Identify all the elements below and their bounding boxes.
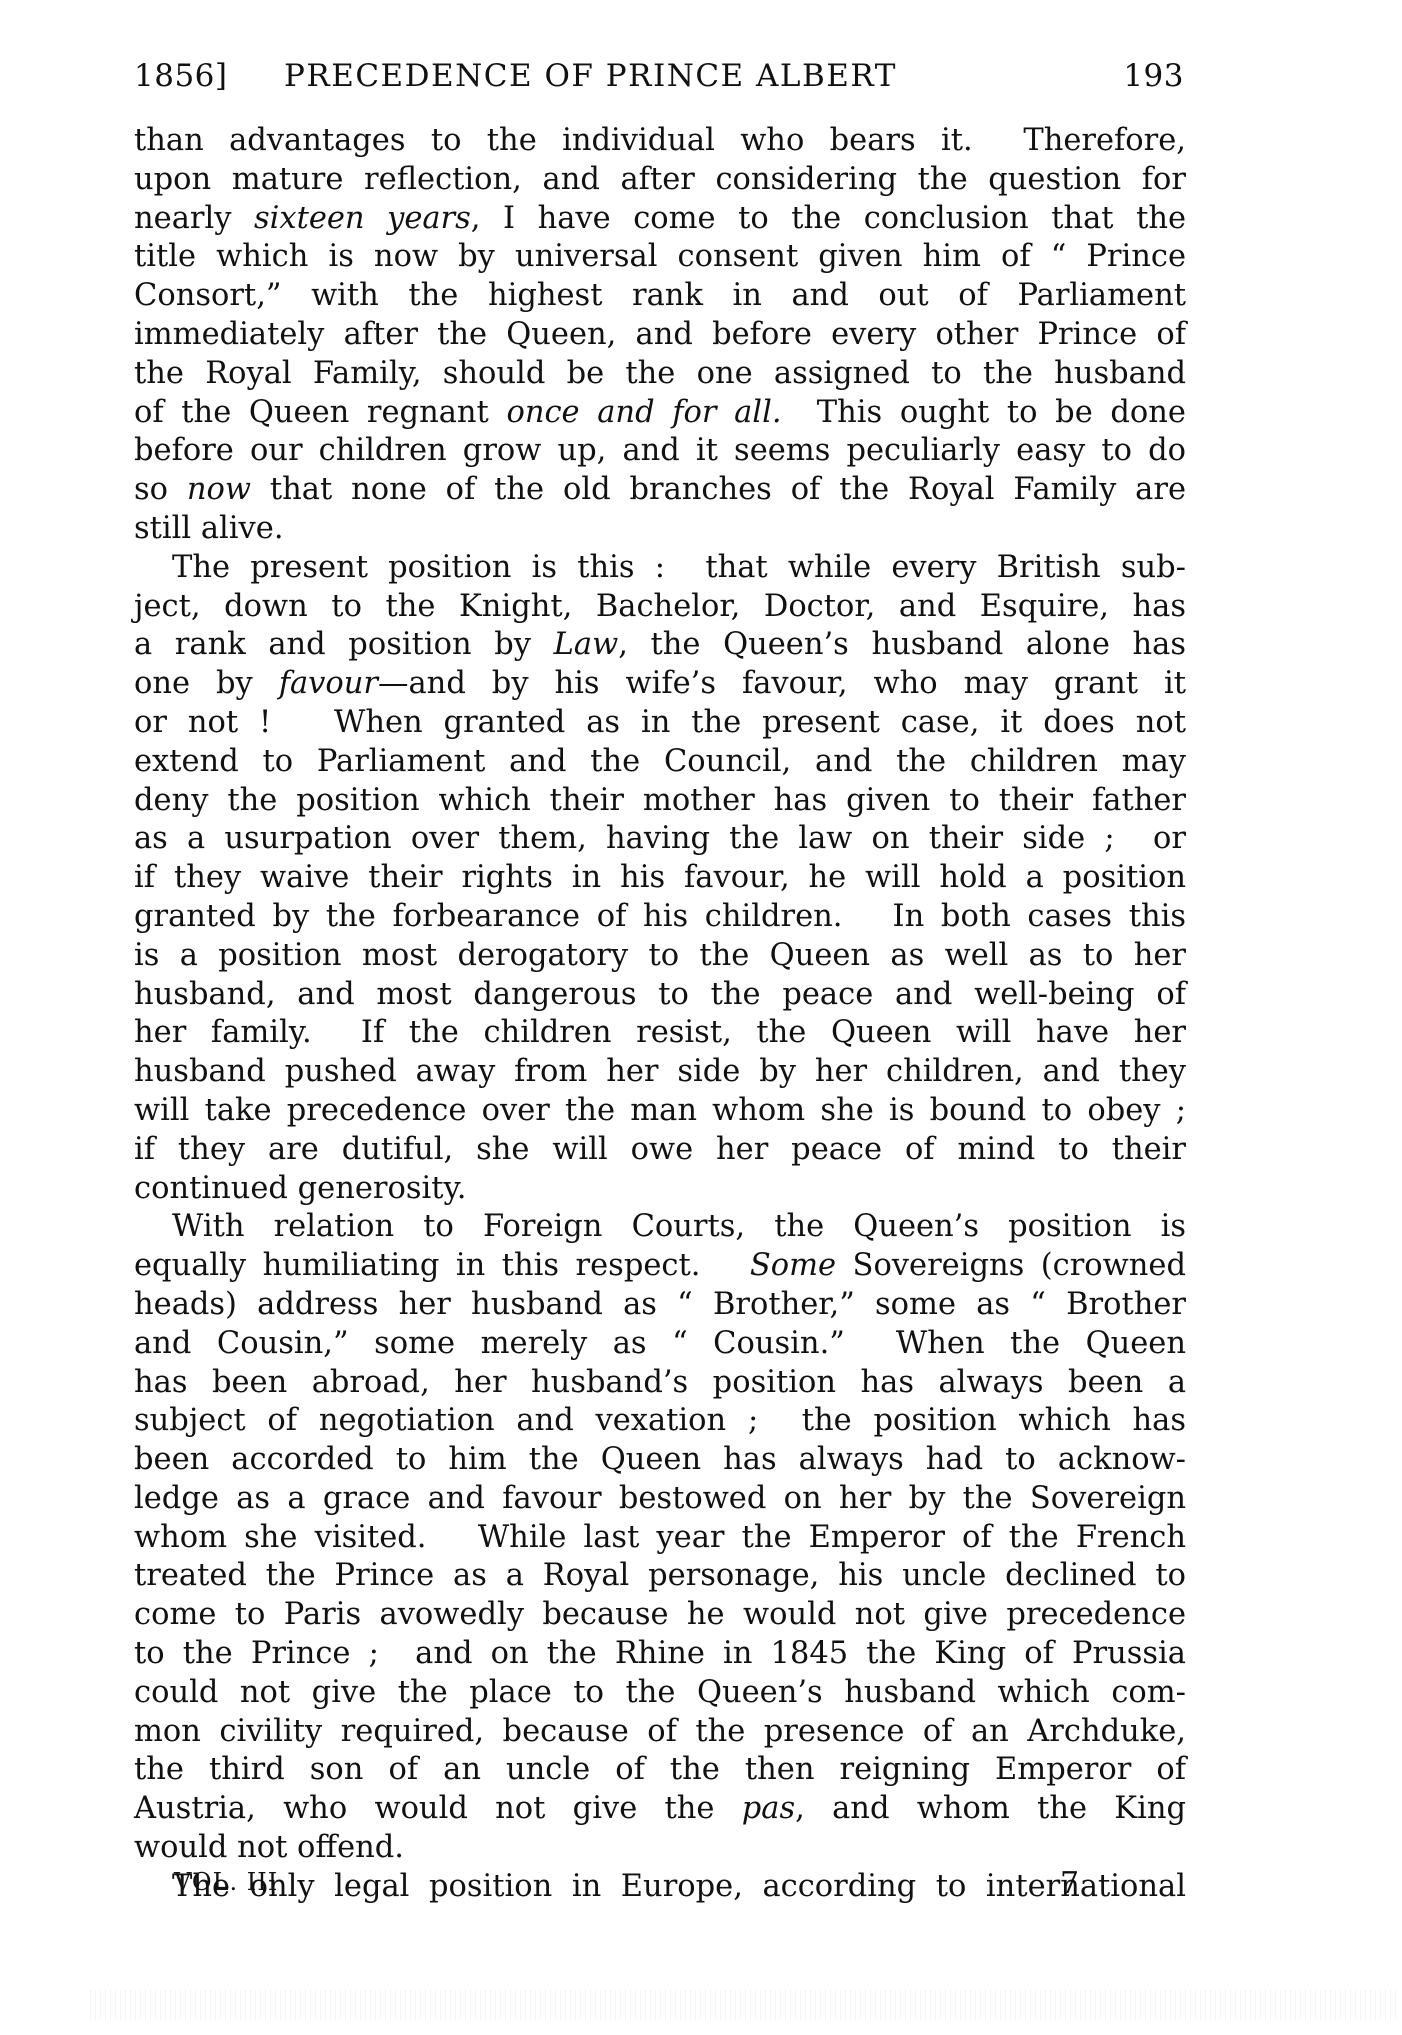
text-line: still alive. (134, 510, 1186, 549)
text-segment: —and by his wife’s favour, who may grant… (378, 666, 1186, 701)
text-line: the third son of an uncle of the then re… (134, 1751, 1186, 1790)
text-line: to the Prince ; and on the Rhine in 1845… (134, 1635, 1186, 1674)
text-line: heads) address her husband as “ Brother,… (134, 1286, 1186, 1325)
text-segment: , the Queen’s husband alone has (618, 627, 1186, 662)
text-line: treated the Prince as a Royal personage,… (134, 1557, 1186, 1596)
text-line: husband pushed away from her side by her… (134, 1053, 1186, 1092)
text-line: subject of negotiation and vexation ; th… (134, 1402, 1186, 1441)
text-segment: that none of the old branches of the Roy… (251, 472, 1186, 507)
text-line: extend to Parliament and the Council, an… (134, 743, 1186, 782)
italic-emphasis: Law (554, 627, 619, 662)
signature-mark: 7 (1060, 1866, 1080, 1901)
page-number: 193 (1123, 58, 1184, 94)
text-line: of the Queen regnant once and for all. T… (134, 394, 1186, 433)
running-header: 1856] PRECEDENCE OF PRINCE ALBERT 193 (134, 58, 1184, 98)
text-segment: one by (134, 666, 279, 701)
text-line: or not ! When granted as in the present … (134, 704, 1186, 743)
text-line: Consort,” with the highest rank in and o… (134, 277, 1186, 316)
text-segment: a rank and position by (134, 627, 554, 662)
text-line: ject, down to the Knight, Bachelor, Doct… (134, 588, 1186, 627)
text-line: husband, and most dangerous to the peace… (134, 976, 1186, 1015)
text-line: granted by the forbearance of his childr… (134, 898, 1186, 937)
text-line: continued generosity. (134, 1170, 1186, 1209)
text-line: is a position most derogatory to the Que… (134, 937, 1186, 976)
text-segment: of the Queen regnant (134, 395, 506, 430)
text-line: title which is now by universal consent … (134, 238, 1186, 277)
text-line: immediately after the Queen, and before … (134, 316, 1186, 355)
volume-label: VOL. III (174, 1868, 278, 1896)
italic-emphasis: now (187, 472, 251, 507)
text-line: could not give the place to the Queen’s … (134, 1674, 1186, 1713)
italic-emphasis: sixteen years (254, 201, 471, 236)
scan-noise (90, 1990, 1400, 2020)
text-segment: , and whom the King (795, 1791, 1186, 1826)
text-line: upon mature reflection, and after consid… (134, 161, 1186, 200)
text-segment: Sovereigns (crowned (836, 1248, 1186, 1283)
text-line: her family. If the children resist, the … (134, 1014, 1186, 1053)
text-line: With relation to Foreign Courts, the Que… (134, 1208, 1186, 1247)
italic-emphasis: favour (279, 666, 378, 701)
header-year: 1856] (134, 58, 228, 94)
italic-emphasis: pas (742, 1791, 795, 1826)
text-segment: nearly (134, 201, 254, 236)
text-line: than advantages to the individual who be… (134, 122, 1186, 161)
text-line: a rank and position by Law, the Queen’s … (134, 626, 1186, 665)
text-line: ledge as a grace and favour bestowed on … (134, 1480, 1186, 1519)
text-line: deny the position which their mother has… (134, 782, 1186, 821)
text-line: if they are dutiful, she will owe her pe… (134, 1131, 1186, 1170)
text-segment: Austria, who would not give the (134, 1791, 742, 1826)
text-line: one by favour—and by his wife’s favour, … (134, 665, 1186, 704)
text-line: come to Paris avowedly because he would … (134, 1596, 1186, 1635)
text-line: The present position is this : that whil… (134, 549, 1186, 588)
text-segment: so (134, 472, 187, 507)
book-page: 1856] PRECEDENCE OF PRINCE ALBERT 193 th… (0, 0, 1402, 2035)
text-line: before our children grow up, and it seem… (134, 432, 1186, 471)
text-line: if they waive their rights in his favour… (134, 859, 1186, 898)
text-segment: , I have come to the conclusion that the (471, 201, 1186, 236)
italic-emphasis: Some (750, 1248, 836, 1283)
body-text: than advantages to the individual who be… (134, 122, 1186, 1907)
text-line: Austria, who would not give the pas, and… (134, 1790, 1186, 1829)
text-line: has been abroad, her husband’s position … (134, 1364, 1186, 1403)
text-line: whom she visited. While last year the Em… (134, 1519, 1186, 1558)
text-line: nearly sixteen years, I have come to the… (134, 200, 1186, 239)
text-line: will take precedence over the man whom s… (134, 1092, 1186, 1131)
header-title: PRECEDENCE OF PRINCE ALBERT (284, 58, 897, 94)
text-line: mon civility required, because of the pr… (134, 1713, 1186, 1752)
page-footer: VOL. III 7 (174, 1868, 1074, 1904)
text-line: the Royal Family, should be the one assi… (134, 355, 1186, 394)
text-line: as a usurpation over them, having the la… (134, 820, 1186, 859)
text-segment: This ought to be done (782, 395, 1186, 430)
text-segment: equally humiliating in this respect. (134, 1248, 750, 1283)
text-line: equally humiliating in this respect. Som… (134, 1247, 1186, 1286)
text-line: been accorded to him the Queen has alway… (134, 1441, 1186, 1480)
text-line: so now that none of the old branches of … (134, 471, 1186, 510)
text-line: and Cousin,” some merely as “ Cousin.” W… (134, 1325, 1186, 1364)
italic-emphasis: once and for all. (506, 395, 781, 430)
text-line: would not offend. (134, 1829, 1186, 1868)
